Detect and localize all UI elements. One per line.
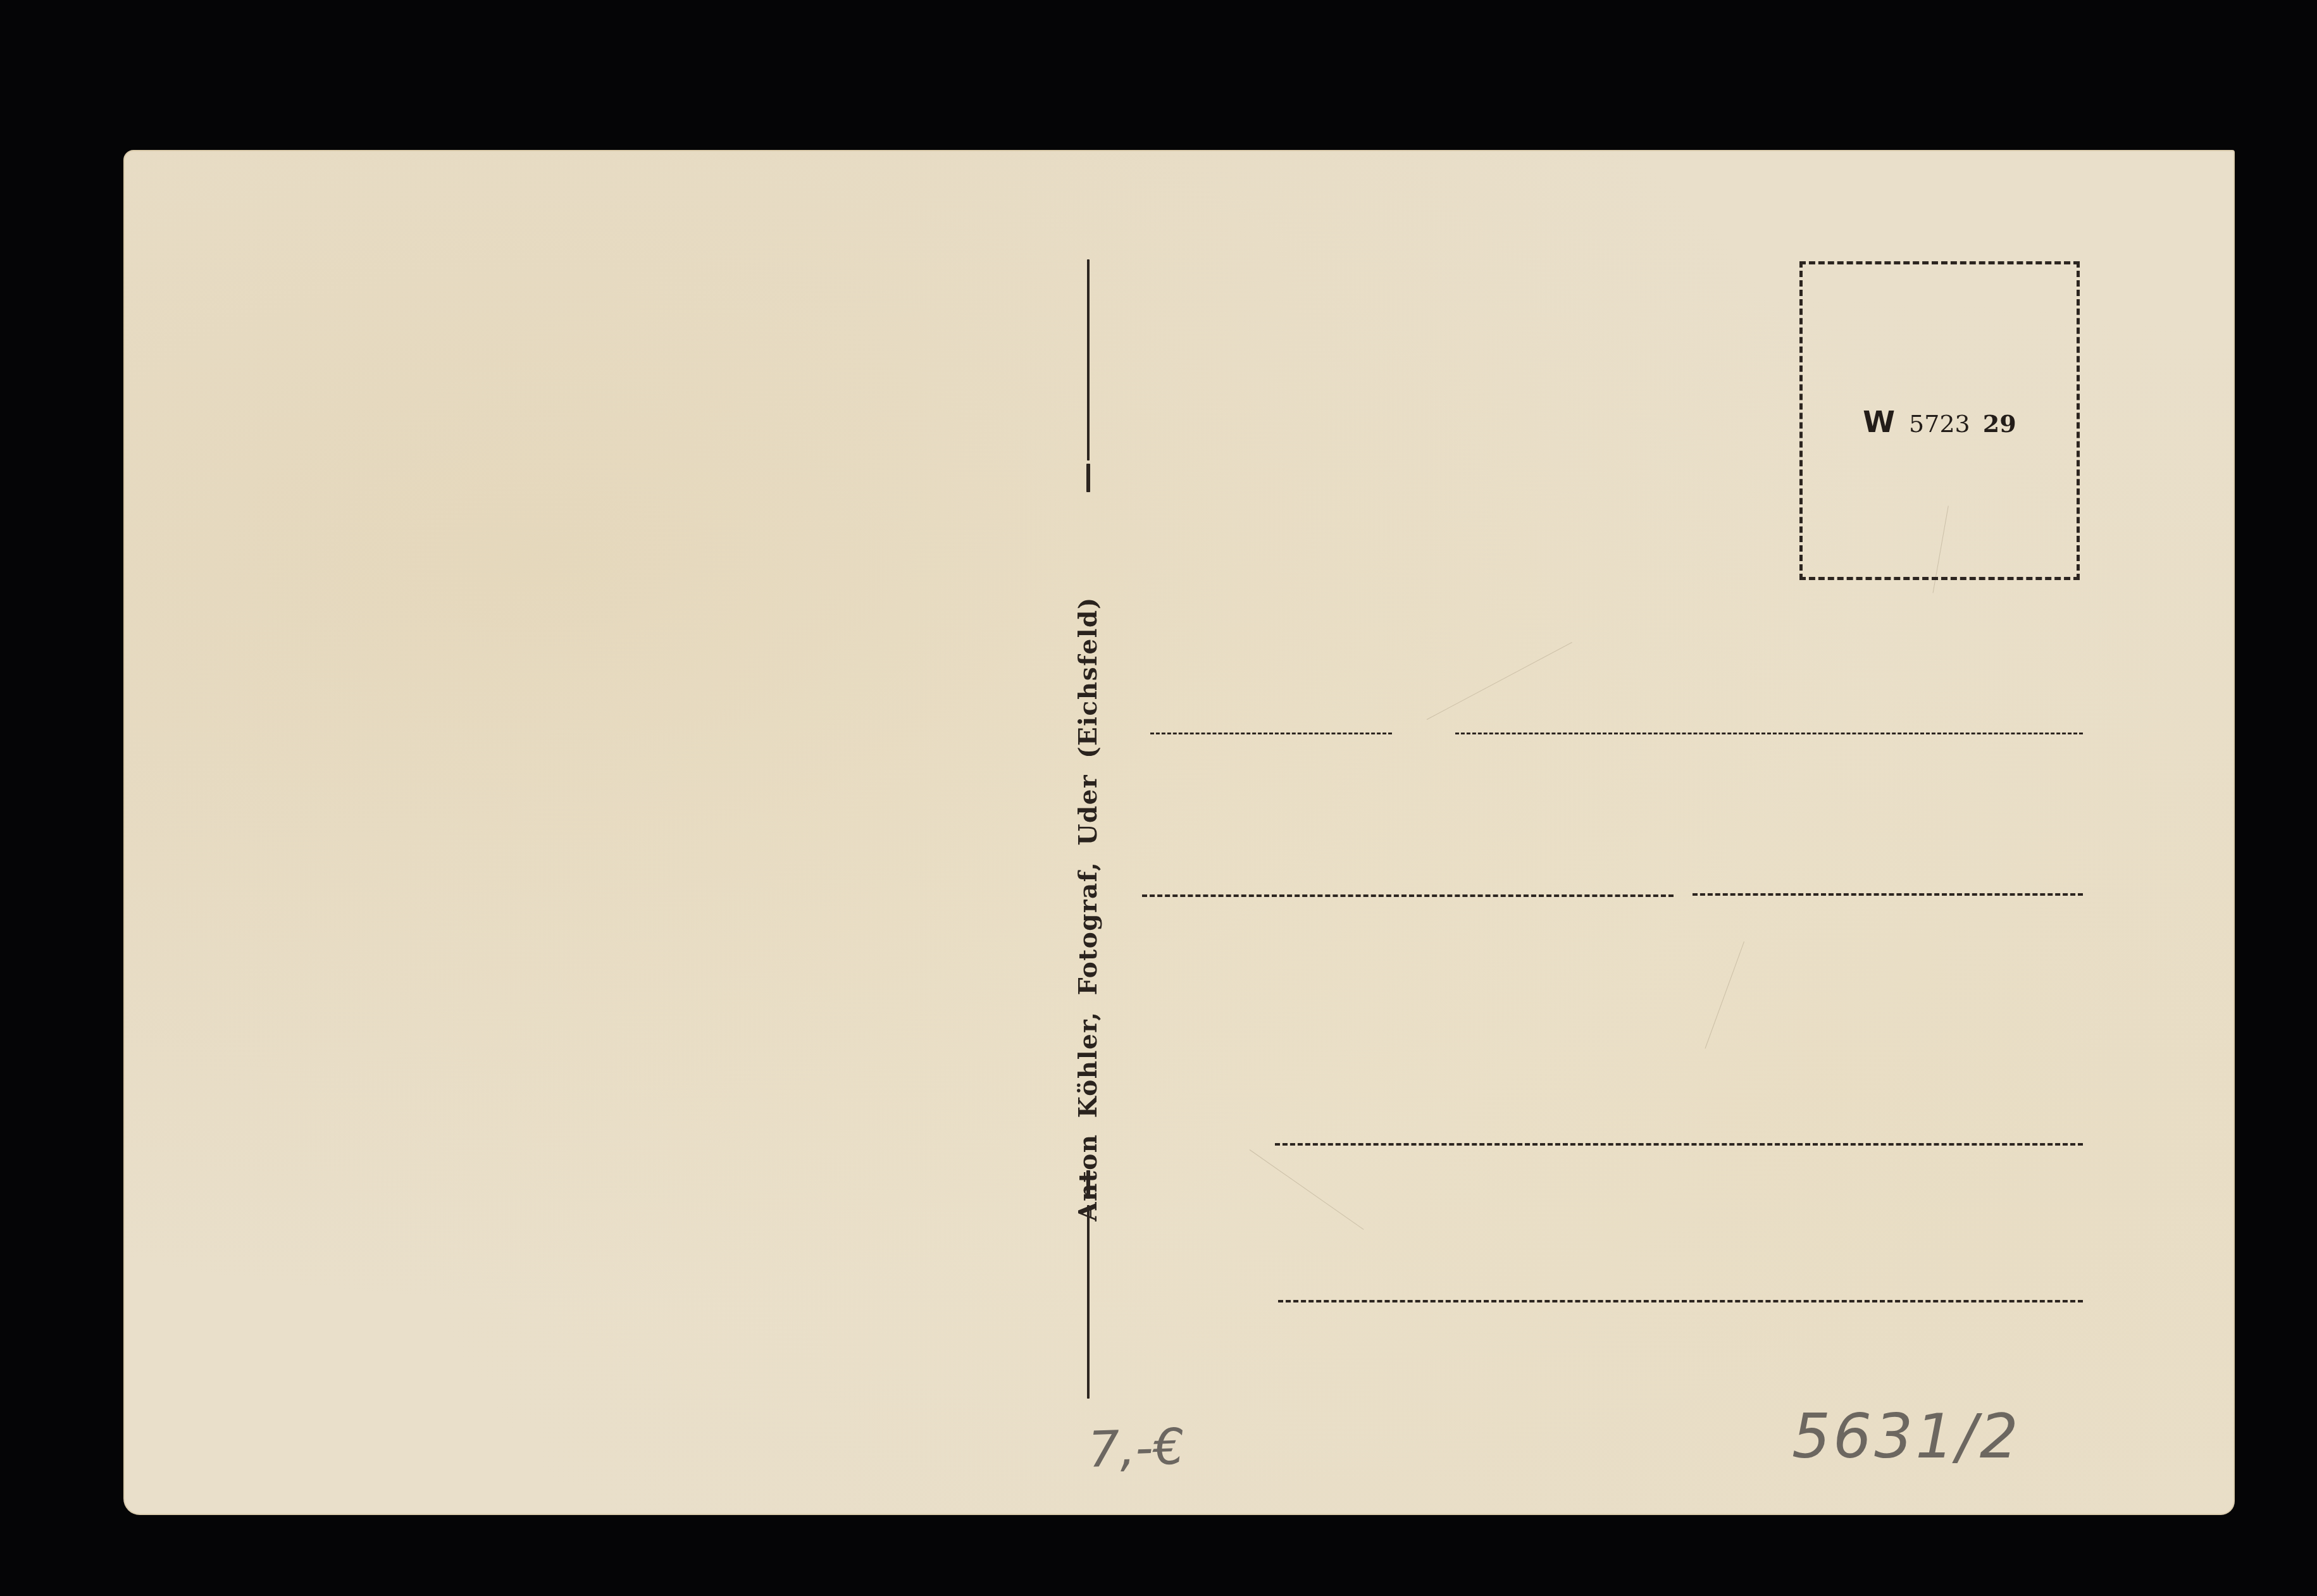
divider-line-top	[1087, 259, 1090, 461]
price-annotation: 7,-€	[1087, 1418, 1185, 1478]
address-line-1b	[1455, 733, 2083, 734]
postcard-back: Anton Köhler, Fotograf, Uder (Eichsfeld)…	[123, 150, 2235, 1515]
stamp-code-suffix: 29	[1983, 409, 2016, 438]
stamp-code: W572329	[1803, 405, 2077, 439]
divider-line-bottom	[1087, 1205, 1090, 1399]
divider-dash-top	[1086, 464, 1090, 492]
paper-scratch	[1250, 1149, 1364, 1230]
stamp-box: W572329	[1799, 261, 2080, 580]
stamp-code-number: 5723	[1909, 410, 1970, 438]
stamp-code-prefix: W	[1863, 405, 1895, 439]
address-line-3	[1275, 1143, 2083, 1146]
reference-annotation: 5631/2	[1792, 1401, 2021, 1472]
divider-dash-bottom	[1086, 1170, 1090, 1199]
paper-scratch	[1427, 642, 1572, 720]
address-line-1a	[1150, 733, 1392, 734]
address-line-4	[1278, 1300, 2083, 1302]
address-line-2b	[1693, 893, 2083, 896]
paper-scratch	[1705, 941, 1745, 1048]
address-line-2a	[1142, 894, 1674, 897]
publisher-imprint: Anton Köhler, Fotograf, Uder (Eichsfeld)	[1074, 597, 1103, 1222]
